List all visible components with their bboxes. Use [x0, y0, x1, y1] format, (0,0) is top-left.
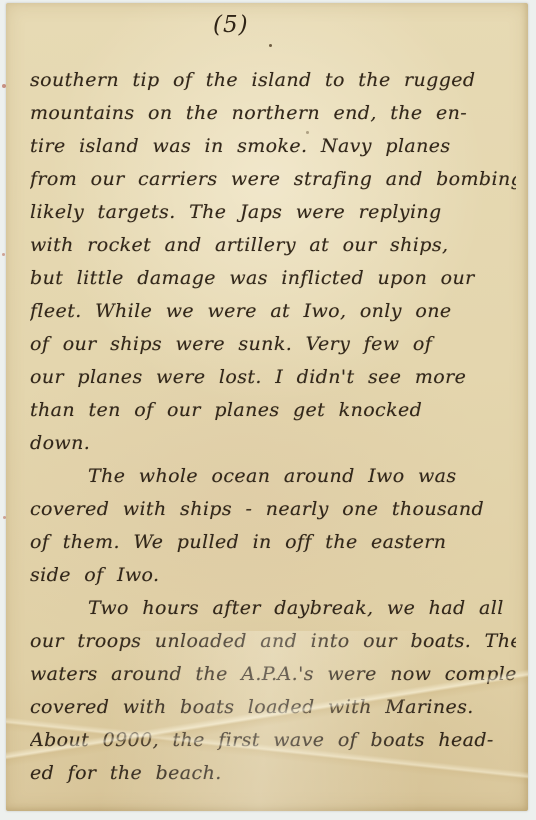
- ink-speck: [269, 44, 272, 47]
- handwritten-line: About 0900, the first wave of boats head…: [30, 724, 516, 757]
- handwritten-line: our planes were lost. I didn't see more: [30, 361, 516, 394]
- handwritten-line: from our carriers were strafing and bomb…: [30, 163, 516, 196]
- page-number: (5): [213, 12, 249, 38]
- handwritten-line: likely targets. The Japs were replying: [30, 196, 516, 229]
- handwritten-line: Two hours after daybreak, we had all: [30, 592, 516, 625]
- letter-page: (5) southern tip of the island to the ru…: [6, 3, 528, 811]
- handwritten-line: with rocket and artillery at our ships,: [30, 229, 516, 262]
- handwritten-line: waters around the A.P.A.'s were now comp…: [30, 658, 516, 691]
- handwritten-line: southern tip of the island to the rugged: [30, 64, 516, 97]
- handwritten-line: but little damage was inflicted upon our: [30, 262, 516, 295]
- handwritten-line: down.: [30, 427, 516, 460]
- handwritten-line: side of Iwo.: [30, 559, 516, 592]
- handwritten-line: of our ships were sunk. Very few of: [30, 328, 516, 361]
- letter-body: southern tip of the island to the rugged…: [30, 64, 516, 790]
- handwritten-line: ed for the beach.: [30, 757, 516, 790]
- scan-speck: [2, 253, 5, 256]
- handwritten-line: our troops unloaded and into our boats. …: [30, 625, 516, 658]
- handwritten-line: The whole ocean around Iwo was: [30, 460, 516, 493]
- handwritten-line: than ten of our planes get knocked: [30, 394, 516, 427]
- handwritten-line: fleet. While we were at Iwo, only one: [30, 295, 516, 328]
- handwritten-line: covered with ships - nearly one thousand: [30, 493, 516, 526]
- handwritten-line: tire island was in smoke. Navy planes: [30, 130, 516, 163]
- handwritten-line: of them. We pulled in off the eastern: [30, 526, 516, 559]
- handwritten-line: covered with boats loaded with Marines.: [30, 691, 516, 724]
- handwritten-line: mountains on the northern end, the en-: [30, 97, 516, 130]
